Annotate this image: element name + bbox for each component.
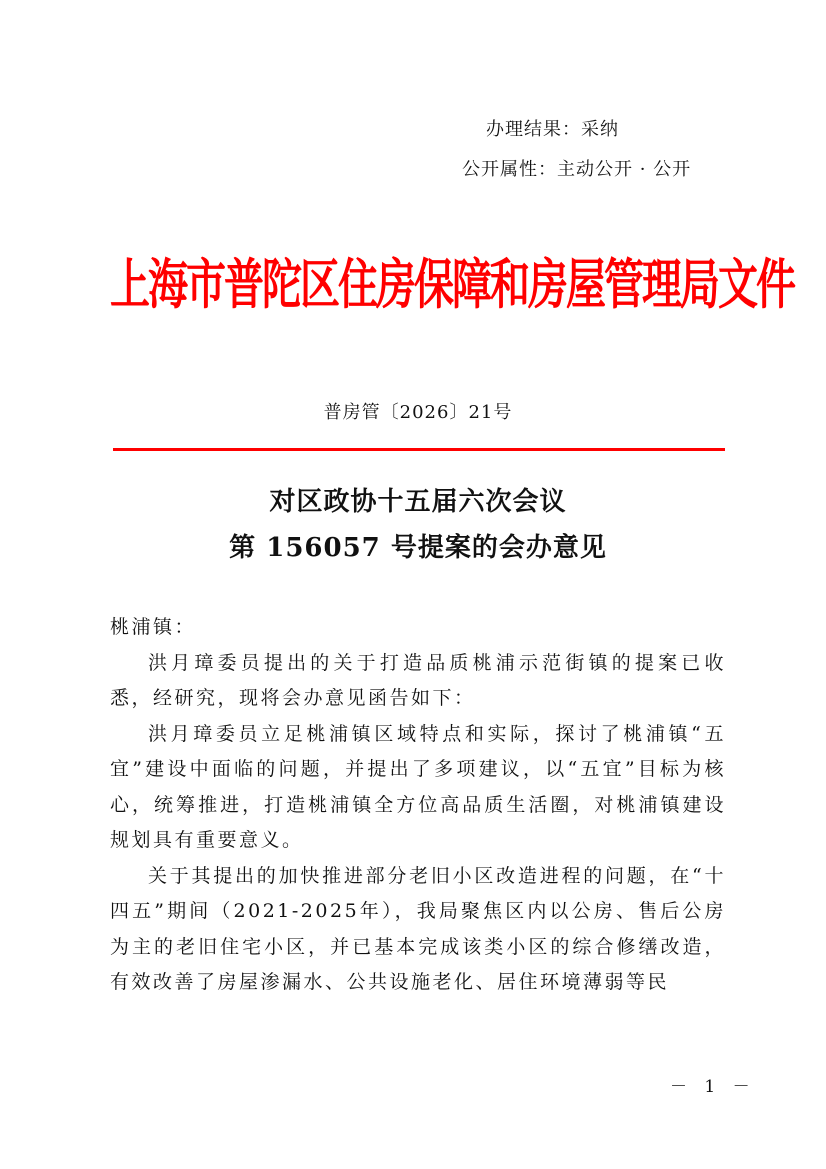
document-title-line2: 第 156057 号提案的会办意见 xyxy=(110,527,726,564)
page-number: － 1 － xyxy=(670,1072,756,1097)
body-paragraph: 关于其提出的加快推进部分老旧小区改造进程的问题，在“十四五”期间（2021-20… xyxy=(110,859,726,1001)
handling-result: 办理结果：采纳 xyxy=(486,115,619,141)
body-paragraph: 洪月璋委员提出的关于打造品质桃浦示范街镇的提案已收悉，经研究，现将会办意见函告如… xyxy=(110,646,726,717)
red-separator-rule xyxy=(113,448,725,451)
disclosure-attribute: 公开属性：主动公开 · 公开 xyxy=(462,155,691,181)
document-body: 桃浦镇： 洪月璋委员提出的关于打造品质桃浦示范街镇的提案已收悉，经研究，现将会办… xyxy=(110,610,726,1001)
document-number: 普房管〔2026〕21号 xyxy=(110,398,726,424)
body-paragraph: 洪月璋委员立足桃浦镇区域特点和实际，探讨了桃浦镇“五宜”建设中面临的问题，并提出… xyxy=(110,717,726,859)
salutation: 桃浦镇： xyxy=(110,610,726,646)
document-title-line1: 对区政协十五届六次会议 xyxy=(110,481,726,518)
issuer-heading: 上海市普陀区住房保障和房屋管理局文件 xyxy=(110,242,726,319)
